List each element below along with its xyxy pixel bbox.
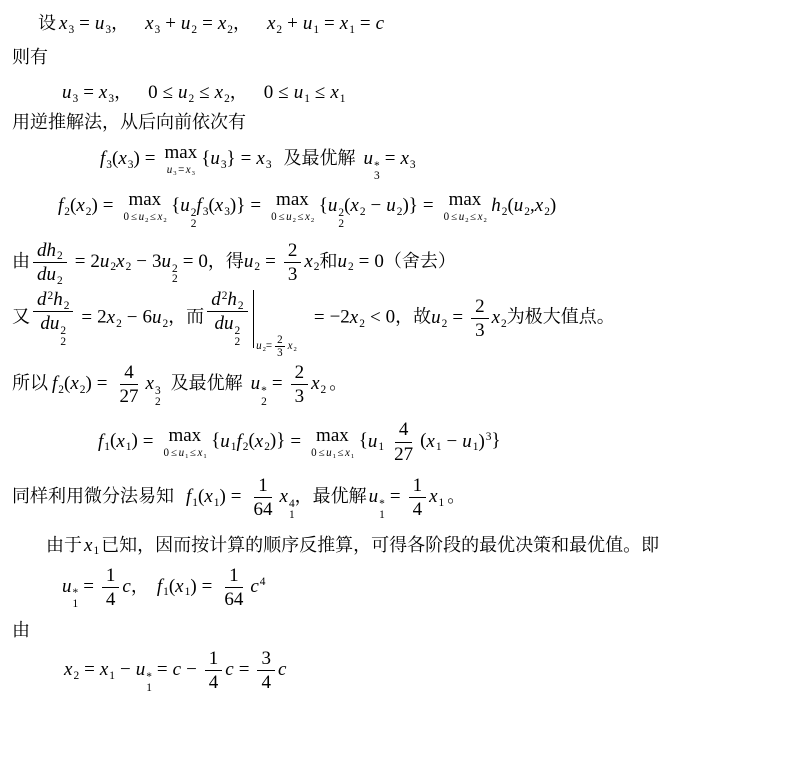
glyph: ， <box>111 13 129 33</box>
line-backtrack-explanation: 由于x1已知，因而按计算的顺序反推算，可得各阶段的最优决策和最优值。即 <box>0 531 790 557</box>
fraction-denominator: du22 <box>211 312 245 347</box>
line-f1-equation: f1(x1)=max0≤u1≤x1{u1f2(x2)}=max0≤u1≤x1{u… <box>0 419 790 465</box>
fraction-numerator: 4 <box>120 362 138 385</box>
math-variable: x2 <box>305 211 314 223</box>
math-variable: u22 <box>180 195 196 216</box>
subscript: 2 <box>172 274 178 285</box>
glyph: x <box>350 307 358 328</box>
math-variable: u22 <box>161 251 177 272</box>
subscript: 2 <box>224 93 230 105</box>
math-number: 4 <box>124 362 134 383</box>
glyph: u <box>224 313 234 334</box>
glyph: c <box>376 13 384 34</box>
math-number: 27 <box>120 386 139 407</box>
math-variable: c <box>376 13 384 34</box>
glyph: 则有 <box>12 47 48 67</box>
glyph: − <box>136 251 147 272</box>
math-number: 0 <box>148 82 158 103</box>
glyph: ) <box>478 431 484 452</box>
math-operator: = <box>265 251 276 272</box>
line-second-derivative: 又d2h2du22=2x2−6u2，而d2h2du22u2=23x2=−2x2<… <box>0 289 790 348</box>
math-variable: x2 <box>350 307 365 328</box>
max-word: max <box>128 190 161 209</box>
glyph: 又 <box>12 307 30 327</box>
subscript: 2 <box>57 250 63 262</box>
glyph: 由于 <box>46 535 82 555</box>
fraction-numerator: 2 <box>471 296 489 319</box>
math-variable: x1 <box>84 535 99 556</box>
sub-sup-stack: *1 <box>379 499 385 521</box>
fraction-numerator: 4 <box>395 419 413 442</box>
glyph: x <box>267 13 275 34</box>
math-variable: u2 <box>431 307 447 328</box>
math-variable: x1 <box>116 431 131 452</box>
subscript: 3 <box>374 171 380 182</box>
math-operator: = <box>250 195 261 216</box>
glyph: d <box>37 240 47 261</box>
glyph: 2 <box>475 296 485 317</box>
math-variable: x3 <box>145 13 160 34</box>
math-number: 64 <box>254 499 273 520</box>
math-variable: x2 <box>64 659 79 680</box>
glyph: f <box>236 431 241 452</box>
math-operator: = <box>183 251 194 272</box>
glyph: < <box>370 307 381 328</box>
math-operator: − <box>136 251 147 272</box>
glyph: ≤ <box>451 211 457 223</box>
glyph: x <box>304 251 312 272</box>
subscript: 2 <box>64 206 70 218</box>
math-number: ) <box>91 195 97 216</box>
max-constraint: u3=x3 <box>166 165 195 176</box>
subscript: 2 <box>80 384 86 396</box>
superscript: 3 <box>486 431 492 443</box>
bar-subscript: u2=23x2 <box>256 334 297 360</box>
fraction: d2h2du22 <box>33 289 73 348</box>
math-operator: = <box>231 486 242 507</box>
glyph: = <box>83 82 94 103</box>
max-word: max <box>165 143 198 162</box>
math-variable: x1 <box>426 431 441 452</box>
math-operator: − <box>120 659 131 680</box>
cjk-text: ，得 <box>208 251 244 271</box>
cjk-text: 及最优解 <box>284 148 356 168</box>
math-variable: h2 <box>491 195 507 216</box>
glyph: u <box>167 164 173 176</box>
glyph: = <box>97 373 108 394</box>
subscript: 2 <box>263 346 266 353</box>
fraction-denominator: 3 <box>471 319 489 341</box>
glyph: x <box>426 431 434 452</box>
cjk-text: 由 <box>12 251 30 271</box>
subscript: 1 <box>340 93 346 105</box>
fraction-numerator: 3 <box>257 648 275 671</box>
glyph: 3 <box>475 320 485 341</box>
math-number: { <box>359 431 368 452</box>
glyph: f <box>58 195 63 216</box>
glyph: u <box>251 373 261 394</box>
math-number: } <box>227 148 236 169</box>
max-operator: max0≤u1≤x1 <box>163 426 208 459</box>
glyph: u <box>178 82 188 103</box>
glyph: u <box>62 576 72 597</box>
max-word: max <box>276 190 309 209</box>
fraction-numerator: 2 <box>284 240 302 263</box>
math-number: 64 <box>224 589 243 610</box>
fraction-numerator: 1 <box>254 475 272 498</box>
subscript: 1 <box>185 586 191 598</box>
math-variable: u2 <box>337 251 353 272</box>
glyph: ) <box>131 431 137 452</box>
math-number: } <box>491 431 500 452</box>
glyph: 4 <box>399 419 409 440</box>
subscript: 1 <box>289 510 295 521</box>
subscript: 3 <box>173 170 176 177</box>
fraction-denominator: du22 <box>36 312 70 347</box>
math-variable: u*1 <box>369 486 385 507</box>
superscript: * <box>261 386 267 397</box>
glyph: = <box>423 195 434 216</box>
math-operator: = <box>239 659 250 680</box>
glyph: ，最优解 <box>295 486 367 506</box>
glyph: 0 <box>374 251 384 272</box>
math-variable: x1 <box>100 659 115 680</box>
glyph: u <box>152 307 162 328</box>
math-variable: u2 <box>459 211 469 223</box>
math-number: −2 <box>330 307 350 328</box>
glyph: u <box>328 195 338 216</box>
glyph: x <box>311 373 319 394</box>
glyph: ≤ <box>319 447 325 459</box>
glyph: } <box>409 195 418 216</box>
max-word: max <box>168 426 201 445</box>
math-number: )3 <box>478 431 491 452</box>
math-variable: u3 <box>95 13 111 34</box>
fraction-denominator: 64 <box>250 498 277 520</box>
math-variable: x2 <box>267 13 282 34</box>
math-number: 0 <box>124 211 130 223</box>
math-number: 4 <box>106 589 116 610</box>
glyph: 0 <box>264 82 274 103</box>
math-number: 4 <box>261 672 271 693</box>
subscript: 2 <box>442 318 448 330</box>
math-variable: x2 <box>288 341 297 352</box>
glyph: 6 <box>142 307 152 328</box>
line-substitution-setup: 设x3=u3，x3+u2=x2，x2+u1=x1=c <box>0 9 790 35</box>
math-variable: x2 <box>304 251 319 272</box>
glyph: = <box>272 373 283 394</box>
glyph: = <box>145 148 156 169</box>
glyph: = <box>143 431 154 452</box>
math-variable: u2 <box>100 251 116 272</box>
glyph: 0 <box>124 211 130 223</box>
subscript: 2 <box>314 261 320 273</box>
math-variable: x3 <box>118 148 133 169</box>
math-operator: − <box>447 431 458 452</box>
glyph: 64 <box>254 499 273 520</box>
math-number: ≤ <box>337 447 343 459</box>
glyph: u <box>294 82 304 103</box>
glyph: d <box>37 289 47 310</box>
subscript: 1 <box>203 453 206 460</box>
glyph: x <box>256 148 264 169</box>
glyph: c <box>122 576 130 597</box>
math-variable: x2 <box>535 195 550 216</box>
math-variable: x3 <box>215 195 230 216</box>
cjk-text: 所以 <box>12 373 48 393</box>
glyph: c <box>225 659 233 680</box>
math-variable: u2 <box>47 264 63 285</box>
math-variable: x1 <box>197 447 206 459</box>
glyph: = <box>266 340 272 352</box>
subscript: 1 <box>163 586 169 598</box>
math-variable: c <box>122 576 130 597</box>
math-variable: x2 <box>70 373 85 394</box>
math-number: 3 <box>261 648 271 669</box>
cjk-text: 设 <box>38 13 56 33</box>
glyph: ≤ <box>337 447 343 459</box>
math-operator: = <box>79 13 90 34</box>
math-variable: u2 <box>244 251 260 272</box>
math-number: 2 <box>295 362 305 383</box>
math-variable: d <box>37 240 47 261</box>
subscript: 1 <box>192 497 198 509</box>
math-variable: x2 <box>157 211 166 223</box>
glyph: ) <box>190 576 196 597</box>
math-variable: u1 <box>179 447 189 459</box>
glyph: = <box>314 307 325 328</box>
math-number: 1 <box>209 648 219 669</box>
line-then-have: 则有 <box>0 43 790 69</box>
math-number: 3 <box>295 386 305 407</box>
cjk-text: ， <box>114 82 132 102</box>
math-operator: = <box>202 576 213 597</box>
fraction: 427 <box>116 362 143 408</box>
glyph: x <box>118 148 126 169</box>
math-variable: c <box>225 659 233 680</box>
cjk-text: 同样利用微分法易知 <box>12 486 174 506</box>
glyph: 。 <box>329 373 347 393</box>
math-variable: x1 <box>175 576 190 597</box>
subscript: 1 <box>379 510 385 521</box>
glyph: = <box>324 13 335 34</box>
cjk-text: （舍去） <box>384 251 456 271</box>
subscript: 1 <box>73 599 79 610</box>
glyph: x <box>305 211 310 223</box>
glyph: u <box>337 251 347 272</box>
subscript: 2 <box>86 206 92 218</box>
subscript: 3 <box>68 24 74 36</box>
math-number: ≤ <box>190 447 196 459</box>
glyph: = <box>178 164 184 176</box>
line-by: 由 <box>0 616 790 642</box>
glyph: ) <box>133 148 139 169</box>
max-constraint: 0≤u2≤x2 <box>123 212 168 223</box>
math-number: } <box>276 431 285 452</box>
subscript: 2 <box>321 384 327 396</box>
glyph: f <box>98 431 103 452</box>
math-number: 2 <box>288 240 298 261</box>
glyph: x <box>175 576 183 597</box>
fraction-numerator: dh2 <box>33 240 67 263</box>
glyph: = <box>239 659 250 680</box>
subscript: 2 <box>57 275 63 287</box>
subscript: 2 <box>397 206 403 218</box>
math-variable: d2 <box>37 289 53 310</box>
glyph: f <box>196 195 201 216</box>
glyph: h <box>53 289 63 310</box>
glyph: u <box>210 148 220 169</box>
glyph: ) <box>85 373 91 394</box>
math-number: { <box>319 195 328 216</box>
glyph: 设 <box>38 13 56 33</box>
cjk-text: 。 <box>329 373 347 393</box>
math-operator: = <box>143 431 154 452</box>
max-operator: max0≤u2≤x2 <box>123 190 168 223</box>
glyph: c <box>173 659 181 680</box>
glyph: x <box>145 13 153 34</box>
fraction: 23 <box>275 334 285 360</box>
math-operator: = <box>157 659 168 680</box>
glyph: u <box>514 195 524 216</box>
math-number: 3 <box>475 320 485 341</box>
subscript: 2 <box>116 318 122 330</box>
glyph: f <box>52 373 57 394</box>
cjk-text: ， <box>131 576 149 596</box>
glyph: 0 <box>148 82 158 103</box>
subscript: 1 <box>304 93 310 105</box>
math-variable: f2 <box>58 195 70 216</box>
math-operator: = <box>290 431 301 452</box>
math-variable: x3 <box>99 82 114 103</box>
subscript: 3 <box>105 24 111 36</box>
glyph: d <box>211 289 221 310</box>
math-number: 1 <box>229 565 239 586</box>
glyph: { <box>201 148 210 169</box>
glyph: x <box>84 535 92 556</box>
math-variable: u1 <box>294 82 310 103</box>
max-word: max <box>316 426 349 445</box>
math-variable: c <box>173 659 181 680</box>
glyph: = <box>202 13 213 34</box>
glyph: 0 <box>164 447 170 459</box>
glyph: = <box>202 576 213 597</box>
glyph: ， <box>114 82 132 102</box>
fraction: d2h2du22 <box>207 289 247 348</box>
subscript: 2 <box>235 337 241 348</box>
math-variable: f2 <box>52 373 64 394</box>
math-variable: u*2 <box>251 373 267 394</box>
math-variable: x41 <box>280 486 295 507</box>
math-variable: x3 <box>59 13 74 34</box>
subscript: 2 <box>483 217 486 224</box>
glyph: 0 <box>386 307 396 328</box>
max-word: max <box>449 190 482 209</box>
math-number: 0 <box>444 211 450 223</box>
math-operator: = <box>83 82 94 103</box>
fraction-denominator: 27 <box>116 385 143 407</box>
fraction: 14 <box>205 648 223 694</box>
math-operator: = <box>75 251 86 272</box>
glyph: 1 <box>413 475 423 496</box>
subscript: 2 <box>227 24 233 36</box>
math-number: ) <box>550 195 556 216</box>
glyph: = <box>390 486 401 507</box>
glyph: 0 <box>271 211 277 223</box>
math-variable: u2 <box>286 211 296 223</box>
subscript: 2 <box>162 318 168 330</box>
subscript: 2 <box>501 318 507 330</box>
math-number: 3 <box>277 347 283 359</box>
math-number: 0 <box>374 251 384 272</box>
math-variable: x2 <box>255 431 270 452</box>
fraction: dh2du2 <box>33 240 67 286</box>
fraction: 164 <box>250 475 277 521</box>
cjk-text: ， <box>230 82 248 102</box>
vertical-bar-icon <box>253 290 255 348</box>
math-number: ) <box>85 373 91 394</box>
glyph: c <box>250 576 258 597</box>
glyph: ，得 <box>208 251 244 271</box>
subscript: 1 <box>146 683 152 694</box>
cjk-text: 。 <box>447 486 465 506</box>
glyph: d <box>40 313 50 334</box>
math-variable: u*1 <box>136 659 152 680</box>
math-number: { <box>201 148 210 169</box>
glyph: 1 <box>229 565 239 586</box>
glyph: 由 <box>12 620 30 640</box>
math-operator: = <box>97 373 108 394</box>
fraction-denominator: 64 <box>220 588 247 610</box>
glyph: ≤ <box>279 211 285 223</box>
line-u1-f1-values: u*1=14c，f1(x1)=164c4 <box>0 565 790 611</box>
glyph: ) <box>550 195 556 216</box>
glyph: = <box>157 659 168 680</box>
subscript: 2 <box>293 217 296 224</box>
glyph: 2 <box>295 362 305 383</box>
subscript: 2 <box>294 346 297 353</box>
subscript: 2 <box>189 93 195 105</box>
fraction: 23 <box>291 362 309 408</box>
glyph: x <box>76 195 84 216</box>
math-number: } <box>236 195 245 216</box>
glyph: { <box>359 431 368 452</box>
fraction-denominator: 3 <box>275 347 285 359</box>
glyph: = <box>359 251 370 272</box>
math-number: ≤ <box>171 447 177 459</box>
math-variable: u2 <box>514 195 530 216</box>
glyph: = <box>183 251 194 272</box>
cjk-text: ， <box>233 13 251 33</box>
fraction-denominator: du2 <box>33 263 67 285</box>
subscript: 3 <box>155 24 161 36</box>
glyph: u <box>368 431 378 452</box>
math-variable: d2 <box>211 289 227 310</box>
math-number: 1 <box>258 475 268 496</box>
glyph: = <box>231 486 242 507</box>
glyph: x <box>340 13 348 34</box>
glyph: 4 <box>261 672 271 693</box>
math-operator: = <box>241 148 252 169</box>
glyph: ≤ <box>297 211 303 223</box>
subscript: 2 <box>254 261 260 273</box>
glyph: x <box>107 307 115 328</box>
math-operator: < <box>370 307 381 328</box>
math-operator: = <box>324 13 335 34</box>
glyph: x <box>218 13 226 34</box>
glyph: x <box>204 486 212 507</box>
glyph: x <box>116 251 124 272</box>
